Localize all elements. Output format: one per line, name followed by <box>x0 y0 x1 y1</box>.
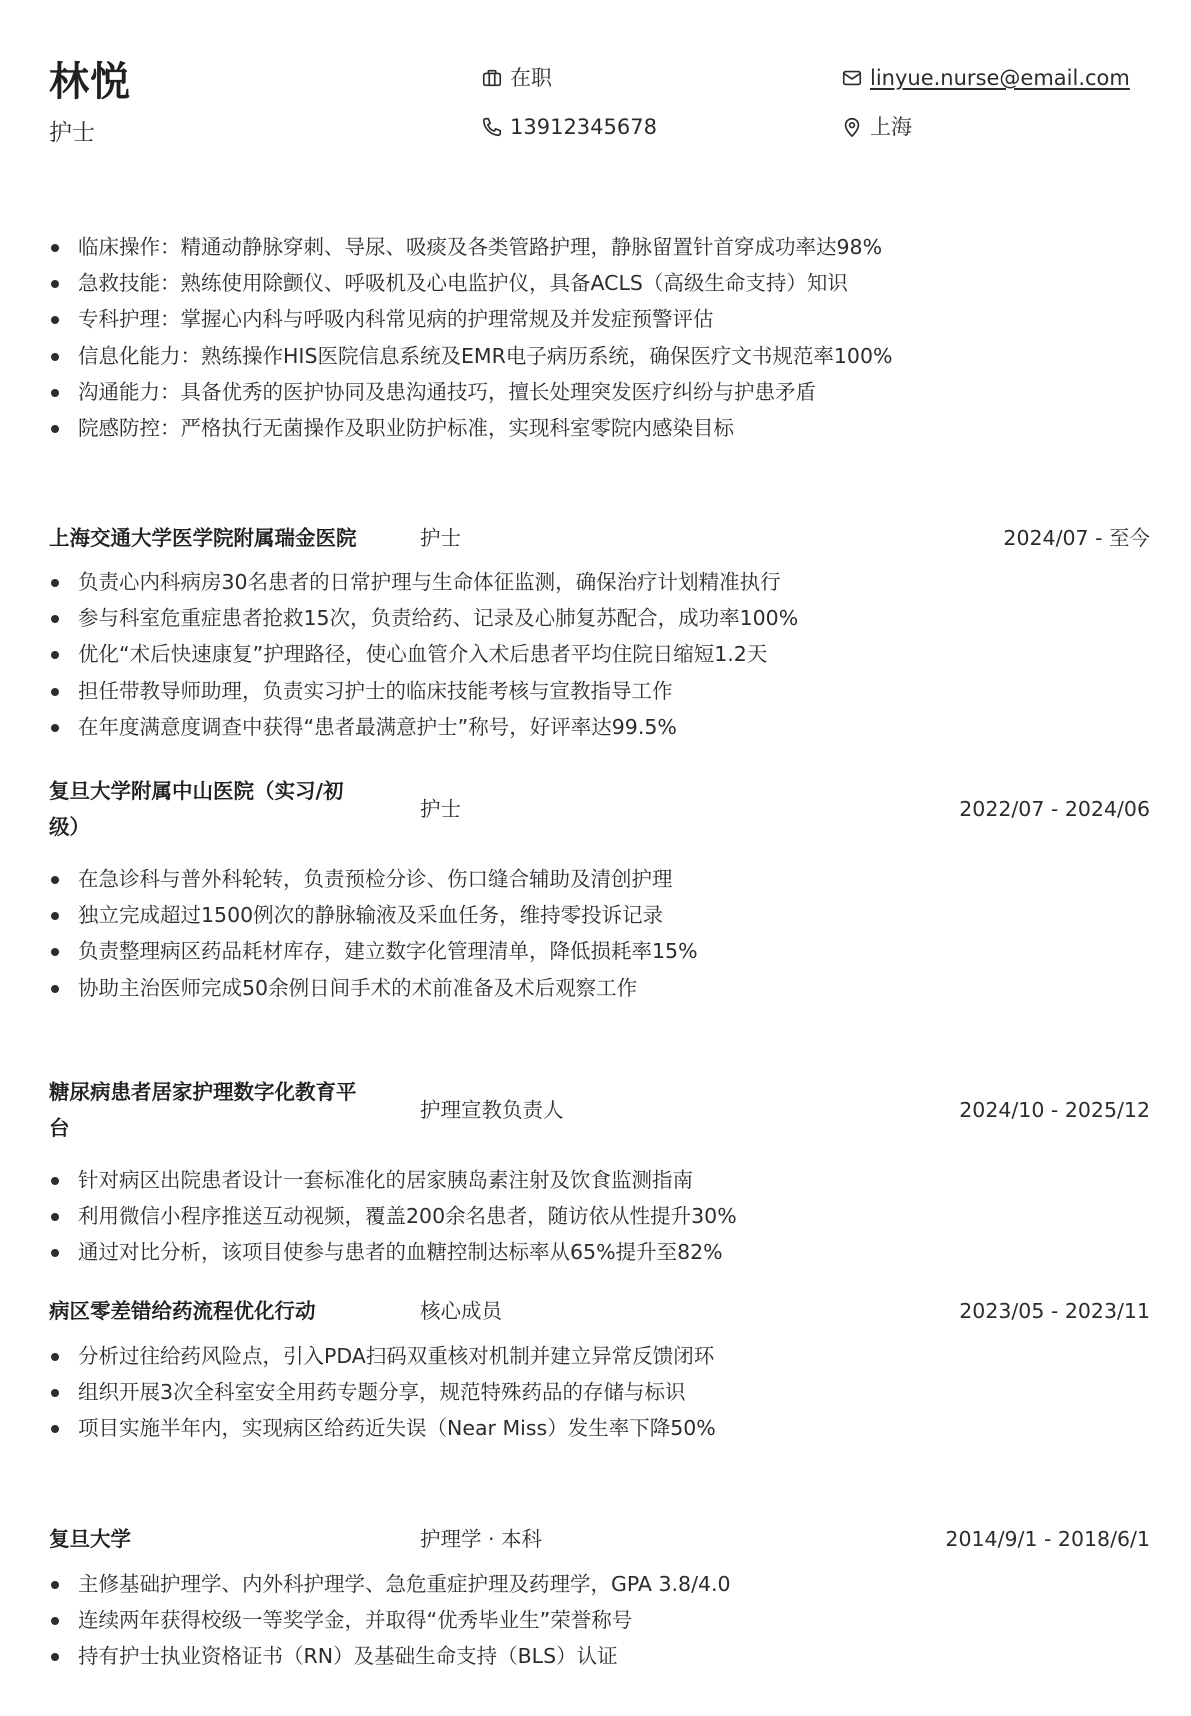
entry-header: 复旦大学 护理学 · 本科 2014/9/1 - 2018/6/1 <box>49 1521 1150 1566</box>
entry-header: 上海交通大学医学院附属瑞金医院 护士 2024/07 - 至今 <box>49 520 1150 564</box>
work-bullet: 协助主治医师完成50余例日间手术的术前准备及术后观察工作 <box>49 970 1150 1006</box>
education-bullet: 连续两年获得校级一等奖学金，并取得“优秀毕业生”荣誉称号 <box>49 1602 1150 1638</box>
work-role: 护士 <box>420 520 461 556</box>
candidate-name: 林悦 <box>49 52 131 112</box>
project-bullet: 针对病区出院患者设计一套标准化的居家胰岛素注射及饮食监测指南 <box>49 1162 1150 1198</box>
education-entry: 复旦大学 护理学 · 本科 2014/9/1 - 2018/6/1 主修基础护理… <box>49 1521 1150 1675</box>
work-bullets: 负责心内科病房30名患者的日常护理与生命体征监测，确保治疗计划精准执行 参与科室… <box>49 564 1150 745</box>
project-entry: 病区零差错给药流程优化行动 核心成员 2023/05 - 2023/11 分析过… <box>49 1293 1150 1447</box>
skills-section: 临床操作：精通动静脉穿刺、导尿、吸痰及各类管路护理，静脉留置针首穿成功率达98%… <box>49 229 1150 446</box>
work-date: 2022/07 - 2024/06 <box>959 791 1150 827</box>
work-bullet: 优化“术后快速康复”护理路径，使心血管介入术后患者平均住院日缩短1.2天 <box>49 636 1150 672</box>
project-bullet: 项目实施半年内，实现病区给药近失误（Near Miss）发生率下降50% <box>49 1410 1150 1446</box>
skill-item: 沟通能力：具备优秀的医护协同及患沟通技巧，擅长处理突发医疗纠纷与护患矛盾 <box>49 374 1150 410</box>
mail-icon <box>841 67 863 89</box>
phone-icon <box>481 116 503 138</box>
project-entry: 糖尿病患者居家护理数字化教育平 台 护理宣教负责人 2024/10 - 2025… <box>49 1074 1150 1271</box>
education-bullets: 主修基础护理学、内外科护理学、急危重症护理及药理学，GPA 3.8/4.0 连续… <box>49 1566 1150 1675</box>
work-bullets: 在急诊科与普外科轮转，负责预检分诊、伤口缝合辅助及清创护理 独立完成超过1500… <box>49 861 1150 1006</box>
location-text: 上海 <box>870 112 912 142</box>
project-role: 护理宣教负责人 <box>420 1092 564 1128</box>
work-date: 2024/07 - 至今 <box>1003 520 1150 556</box>
school-name: 复旦大学 <box>49 1521 409 1557</box>
phone-text: 13912345678 <box>510 112 657 142</box>
work-org-line: 级） <box>49 809 409 845</box>
work-org-line: 复旦大学附属中山医院（实习/初 <box>49 773 409 809</box>
project-date: 2023/05 - 2023/11 <box>959 1293 1150 1329</box>
project-bullets: 针对病区出院患者设计一套标准化的居家胰岛素注射及饮食监测指南 利用微信小程序推送… <box>49 1162 1150 1271</box>
project-bullet: 通过对比分析，该项目使参与患者的血糖控制达标率从65%提升至82% <box>49 1234 1150 1270</box>
resume-header: 林悦 护士 在职 13912345678 linyue.nurse@email.… <box>49 52 1150 162</box>
work-bullet: 在年度满意度调查中获得“患者最满意护士”称号，好评率达99.5% <box>49 709 1150 745</box>
project-name: 糖尿病患者居家护理数字化教育平 台 <box>49 1074 409 1146</box>
project-bullets: 分析过往给药风险点，引入PDA扫码双重核对机制并建立异常反馈闭环 组织开展3次全… <box>49 1338 1150 1447</box>
education-bullet: 主修基础护理学、内外科护理学、急危重症护理及药理学，GPA 3.8/4.0 <box>49 1566 1150 1602</box>
email-contact: linyue.nurse@email.com <box>841 63 1130 93</box>
work-bullet: 独立完成超过1500例次的静脉输液及采血任务，维持零投诉记录 <box>49 897 1150 933</box>
skill-item: 院感防控：严格执行无菌操作及职业防护标准，实现科室零院内感染目标 <box>49 410 1150 446</box>
status-text: 在职 <box>510 63 552 93</box>
work-entry: 上海交通大学医学院附属瑞金医院 护士 2024/07 - 至今 负责心内科病房3… <box>49 520 1150 745</box>
skill-item: 急救技能：熟练使用除颤仪、呼吸机及心电监护仪，具备ACLS（高级生命支持）知识 <box>49 265 1150 301</box>
skill-item: 临床操作：精通动静脉穿刺、导尿、吸痰及各类管路护理，静脉留置针首穿成功率达98% <box>49 229 1150 265</box>
work-entry: 复旦大学附属中山医院（实习/初 级） 护士 2022/07 - 2024/06 … <box>49 773 1150 1006</box>
work-bullet: 负责心内科病房30名患者的日常护理与生命体征监测，确保治疗计划精准执行 <box>49 564 1150 600</box>
work-bullet: 在急诊科与普外科轮转，负责预检分诊、伤口缝合辅助及清创护理 <box>49 861 1150 897</box>
location-contact: 上海 <box>841 112 912 142</box>
work-role: 护士 <box>420 791 461 827</box>
entry-header: 病区零差错给药流程优化行动 核心成员 2023/05 - 2023/11 <box>49 1293 1150 1338</box>
project-date: 2024/10 - 2025/12 <box>959 1092 1150 1128</box>
education-bullet: 持有护士执业资格证书（RN）及基础生命支持（BLS）认证 <box>49 1638 1150 1674</box>
project-name-line: 糖尿病患者居家护理数字化教育平 <box>49 1074 409 1110</box>
project-role: 核心成员 <box>420 1293 502 1329</box>
work-org: 复旦大学附属中山医院（实习/初 级） <box>49 773 409 845</box>
project-bullet: 分析过往给药风险点，引入PDA扫码双重核对机制并建立异常反馈闭环 <box>49 1338 1150 1374</box>
school-major: 护理学 · 本科 <box>420 1521 542 1557</box>
candidate-title: 护士 <box>49 118 95 148</box>
map-pin-icon <box>841 116 863 138</box>
briefcase-icon <box>481 67 503 89</box>
skills-list: 临床操作：精通动静脉穿刺、导尿、吸痰及各类管路护理，静脉留置针首穿成功率达98%… <box>49 229 1150 446</box>
entry-header: 糖尿病患者居家护理数字化教育平 台 护理宣教负责人 2024/10 - 2025… <box>49 1074 1150 1162</box>
work-org: 上海交通大学医学院附属瑞金医院 <box>49 520 357 556</box>
phone-contact: 13912345678 <box>481 112 657 142</box>
project-name-line: 台 <box>49 1110 409 1146</box>
employment-status: 在职 <box>481 63 552 93</box>
skill-item: 专科护理：掌握心内科与呼吸内科常见病的护理常规及并发症预警评估 <box>49 301 1150 337</box>
school-date: 2014/9/1 - 2018/6/1 <box>945 1521 1150 1557</box>
work-bullet: 参与科室危重症患者抢救15次，负责给药、记录及心肺复苏配合，成功率100% <box>49 600 1150 636</box>
project-name: 病区零差错给药流程优化行动 <box>49 1293 316 1329</box>
project-bullet: 组织开展3次全科室安全用药专题分享，规范特殊药品的存储与标识 <box>49 1374 1150 1410</box>
skill-item: 信息化能力：熟练操作HIS医院信息系统及EMR电子病历系统，确保医疗文书规范率1… <box>49 338 1150 374</box>
project-bullet: 利用微信小程序推送互动视频，覆盖200余名患者，随访依从性提升30% <box>49 1198 1150 1234</box>
entry-header: 复旦大学附属中山医院（实习/初 级） 护士 2022/07 - 2024/06 <box>49 773 1150 861</box>
work-bullet: 负责整理病区药品耗材库存，建立数字化管理清单，降低损耗率15% <box>49 933 1150 969</box>
work-bullet: 担任带教导师助理，负责实习护士的临床技能考核与宣教指导工作 <box>49 673 1150 709</box>
email-link[interactable]: linyue.nurse@email.com <box>870 63 1130 93</box>
